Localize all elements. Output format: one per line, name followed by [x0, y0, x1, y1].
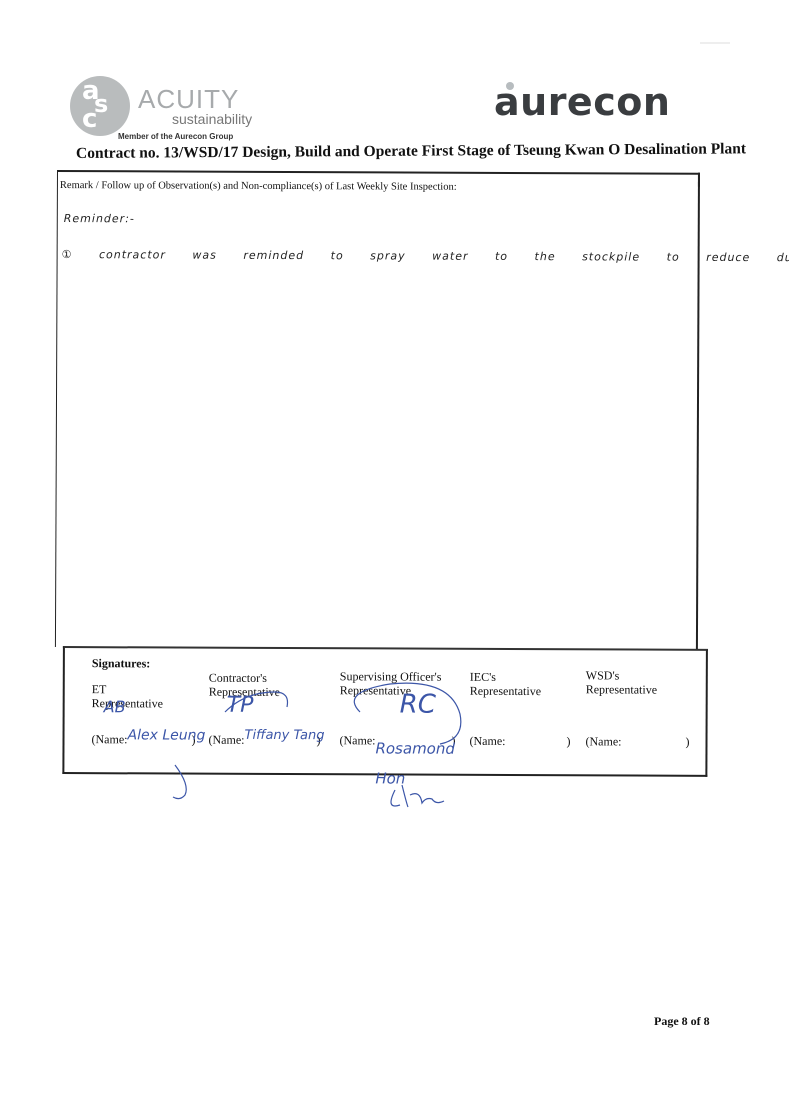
signature-block-iec: IEC's Representative (Name: )	[470, 670, 541, 698]
signature-initials: RC	[400, 698, 436, 712]
name-label: (Name:	[339, 733, 375, 747]
role-title: Supervising Officer's	[340, 669, 442, 683]
contract-title: Contract no. 13/WSD/17 Design, Build and…	[76, 141, 716, 163]
monogram-letter: c	[82, 106, 97, 132]
role-title: WSD's	[586, 668, 657, 682]
role-title: Representative	[209, 685, 280, 699]
name-close: )	[566, 734, 570, 748]
signature-block-supervising-officer: Supervising Officer's Representative (Na…	[340, 669, 442, 697]
signature-name: Tiffany Tang	[245, 729, 325, 743]
role-title: Contractor's	[209, 671, 280, 685]
signature-block-wsd: WSD's Representative (Name: )	[586, 668, 657, 696]
acuity-name: ACUITY	[138, 86, 239, 112]
signature-block-contractor: Contractor's Representative (Name: ) TP …	[209, 671, 280, 699]
role-title: IEC's	[470, 670, 541, 684]
signatures-section: Signatures: ET Representative (Name: ) A…	[62, 646, 708, 777]
inspection-form: Remark / Follow up of Observation(s) and…	[54, 170, 707, 773]
role-title: Representative	[586, 682, 657, 696]
handwritten-heading: Reminder:-	[64, 212, 135, 225]
acuity-member-text: Member of the Aurecon Group	[118, 132, 233, 141]
name-close: )	[451, 734, 455, 748]
acuity-monogram-icon: a s c	[70, 76, 130, 136]
name-close: )	[191, 733, 195, 747]
handwritten-remark: ① contractor was reminded to spray water…	[62, 248, 789, 265]
signature-initials: TP	[227, 699, 254, 713]
role-title: Representative	[92, 696, 163, 710]
name-close: )	[685, 735, 689, 749]
name-label: (Name:	[91, 732, 127, 746]
acuity-sustainability-logo: a s c ACUITY sustainability Member of th…	[68, 74, 258, 146]
name-label: (Name:	[585, 734, 621, 748]
name-label: (Name:	[469, 734, 505, 748]
aurecon-wordmark: aurecon	[494, 82, 670, 124]
signatures-heading: Signatures:	[92, 656, 151, 671]
acuity-subtitle: sustainability	[172, 112, 252, 126]
remark-section: Remark / Follow up of Observation(s) and…	[55, 170, 700, 650]
signature-name: Rosamond Hon	[375, 733, 455, 793]
aurecon-dot-icon	[506, 82, 514, 90]
page-number: Page 8 of 8	[654, 1014, 710, 1029]
role-title: Representative	[470, 684, 541, 698]
name-label: (Name:	[208, 733, 244, 747]
remark-label: Remark / Follow up of Observation(s) and…	[60, 180, 457, 193]
role-title: ET	[92, 682, 163, 696]
role-title: Representative	[340, 683, 442, 697]
aurecon-logo: aurecon	[494, 80, 694, 130]
scan-artifact	[700, 42, 730, 44]
signature-block-et: ET Representative (Name: ) AB Alex Leung	[92, 682, 163, 710]
name-close: )	[316, 733, 320, 747]
